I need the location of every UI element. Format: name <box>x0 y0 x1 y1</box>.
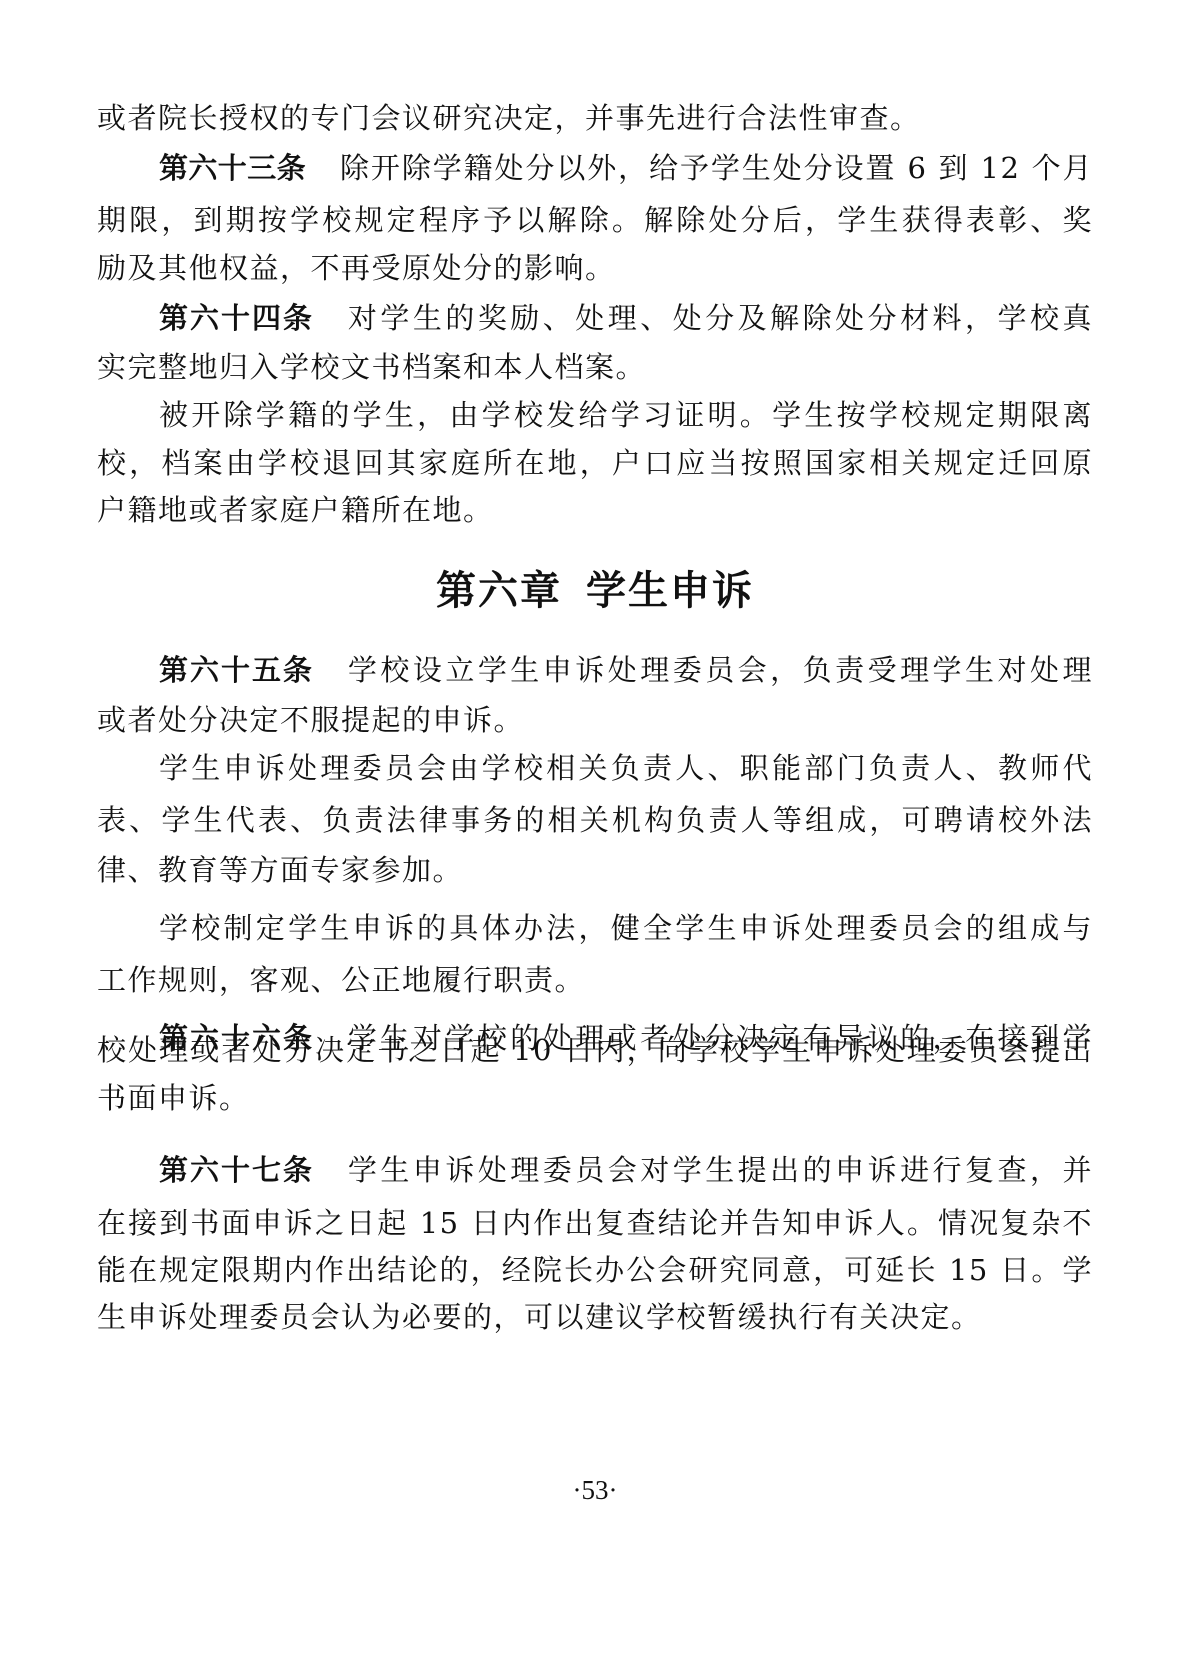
article-64-para-2-line-3: 户籍地或者家庭户籍所在地。 <box>97 490 1093 530</box>
article-63-text: 除开除学籍处分以外，给予学生处分设置 6 到 12 个月 <box>340 151 1093 185</box>
article-64-label: 第六十四条 <box>159 301 314 335</box>
article-67-line-1: 第六十七条学生申诉处理委员会对学生提出的申诉进行复查，并 <box>159 1150 1093 1190</box>
article-65-para-2-line-1: 学生申诉处理委员会由学校相关负责人、职能部门负责人、教师代 <box>159 748 1093 788</box>
document-page: 或者院长授权的专门会议研究决定，并事先进行合法性审查。 第六十三条除开除学籍处分… <box>0 0 1190 1670</box>
article-65-para-2-line-3: 律、教育等方面专家参加。 <box>97 850 1093 890</box>
article-63-line-1: 第六十三条除开除学籍处分以外，给予学生处分设置 6 到 12 个月 <box>159 148 1093 188</box>
article-63-line-3: 励及其他权益，不再受原处分的影响。 <box>97 248 1093 288</box>
article-65-para-3-line-1: 学校制定学生申诉的具体办法，健全学生申诉处理委员会的组成与 <box>159 908 1093 948</box>
paragraph-line-continuation: 或者院长授权的专门会议研究决定，并事先进行合法性审查。 <box>97 98 1093 138</box>
article-66-line-2: 校处理或者处分决定书之日起 10 日内，向学校学生申诉处理委员会提出 <box>97 1030 1093 1070</box>
article-67-line-2: 在接到书面申诉之日起 15 日内作出复查结论并告知申诉人。情况复杂不 <box>97 1203 1093 1243</box>
article-67-text: 学生申诉处理委员会对学生提出的申诉进行复查，并 <box>348 1153 1093 1187</box>
article-65-text: 学校设立学生申诉处理委员会，负责受理学生对处理 <box>348 653 1093 687</box>
article-64-line-1: 第六十四条对学生的奖励、处理、处分及解除处分材料，学校真 <box>159 298 1093 338</box>
article-65-para-2-line-2: 表、学生代表、负责法律事务的相关机构负责人等组成，可聘请校外法 <box>97 800 1093 840</box>
article-63-label: 第六十三条 <box>159 151 306 185</box>
article-66-line-3: 书面申诉。 <box>97 1078 1093 1118</box>
article-67-label: 第六十七条 <box>159 1153 314 1187</box>
article-65-line-1: 第六十五条学校设立学生申诉处理委员会，负责受理学生对处理 <box>159 650 1093 690</box>
article-64-para-2-line-1: 被开除学籍的学生，由学校发给学习证明。学生按学校规定期限离 <box>159 395 1093 435</box>
page-number: ·53· <box>0 1472 1190 1508</box>
article-65-para-3-line-2: 工作规则，客观、公正地履行职责。 <box>97 960 1093 1000</box>
article-67-line-4: 生申诉处理委员会认为必要的，可以建议学校暂缓执行有关决定。 <box>97 1297 1093 1337</box>
article-64-para-2-line-2: 校，档案由学校退回其家庭所在地，户口应当按照国家相关规定迁回原 <box>97 443 1093 483</box>
chapter-title: 第六章学生申诉 <box>0 566 1190 616</box>
article-64-line-2: 实完整地归入学校文书档案和本人档案。 <box>97 347 1093 387</box>
article-64-text: 对学生的奖励、处理、处分及解除处分材料，学校真 <box>348 301 1093 335</box>
article-65-label: 第六十五条 <box>159 653 314 687</box>
article-63-line-2: 期限，到期按学校规定程序予以解除。解除处分后，学生获得表彰、奖 <box>97 200 1093 240</box>
article-67-line-3: 能在规定限期内作出结论的，经院长办公会研究同意，可延长 15 日。学 <box>97 1250 1093 1290</box>
chapter-name: 学生申诉 <box>586 568 754 614</box>
article-65-line-2: 或者处分决定不服提起的申诉。 <box>97 700 1093 740</box>
chapter-number: 第六章 <box>436 568 562 614</box>
